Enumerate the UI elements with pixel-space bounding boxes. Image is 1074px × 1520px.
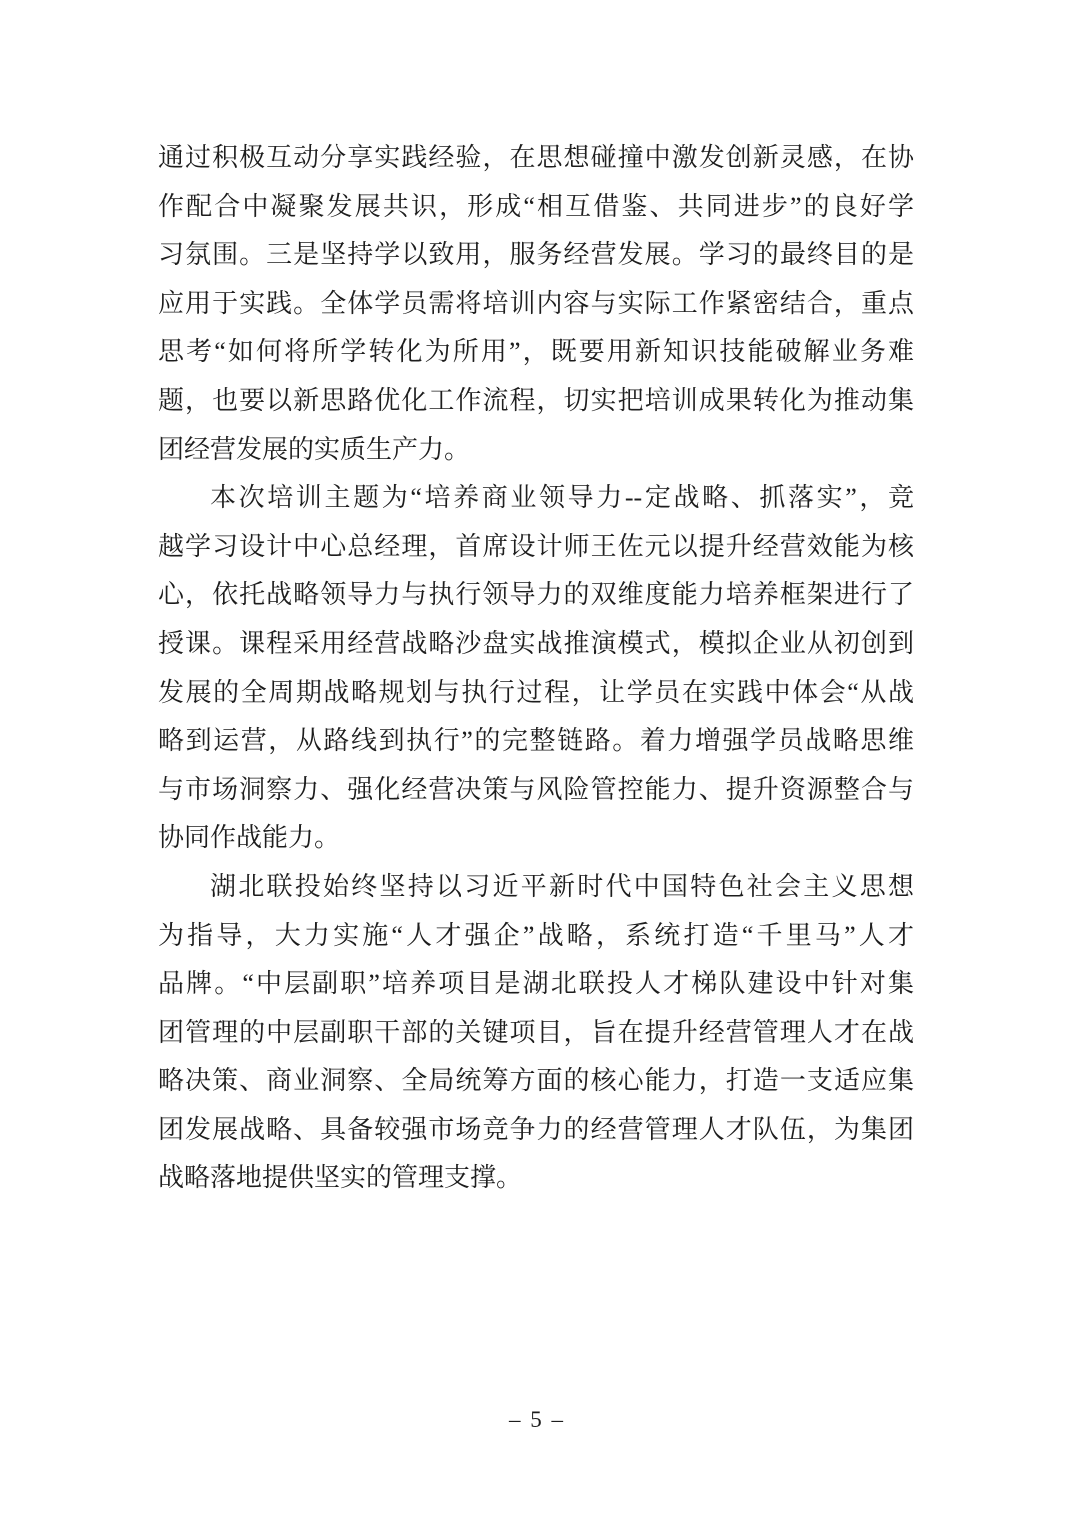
text-line: 团经营发展的实质生产力。: [158, 426, 914, 475]
text-line: 团管理的中层副职干部的关键项目，旨在提升经营管理人才在战: [158, 1009, 914, 1058]
text-line: 湖北联投始终坚持以习近平新时代中国特色社会主义思想: [158, 863, 914, 912]
text-line: 本次培训主题为“培养商业领导力--定战略、抓落实”，竞: [158, 474, 914, 523]
text-line: 发展的全周期战略规划与执行过程，让学员在实践中体会“从战: [158, 669, 914, 718]
text-line: 品牌。“中层副职”培养项目是湖北联投人才梯队建设中针对集: [158, 960, 914, 1009]
paragraph: 通过积极互动分享实践经验，在思想碰撞中激发创新灵感，在协作配合中凝聚发展共识，形…: [158, 134, 914, 474]
text-line: 协同作战能力。: [158, 814, 914, 863]
text-line: 授课。课程采用经营战略沙盘实战推演模式，模拟企业从初创到: [158, 620, 914, 669]
text-line: 题，也要以新思路优化工作流程，切实把培训成果转化为推动集: [158, 377, 914, 426]
text-line: 略到运营，从路线到执行”的完整链路。着力增强学员战略思维: [158, 717, 914, 766]
text-line: 通过积极互动分享实践经验，在思想碰撞中激发创新灵感，在协: [158, 134, 914, 183]
text-line: 应用于实践。全体学员需将培训内容与实际工作紧密结合，重点: [158, 280, 914, 329]
text-line: 作配合中凝聚发展共识，形成“相互借鉴、共同进步”的良好学: [158, 183, 914, 232]
text-line: 思考“如何将所学转化为所用”，既要用新知识技能破解业务难: [158, 328, 914, 377]
text-line: 越学习设计中心总经理，首席设计师王佐元以提升经营效能为核: [158, 523, 914, 572]
text-line: 为指导，大力实施“人才强企”战略，系统打造“千里马”人才: [158, 912, 914, 961]
text-line: 习氛围。三是坚持学以致用，服务经营发展。学习的最终目的是: [158, 231, 914, 280]
document-body: 通过积极互动分享实践经验，在思想碰撞中激发创新灵感，在协作配合中凝聚发展共识，形…: [158, 134, 914, 1203]
text-line: 战略落地提供坚实的管理支撑。: [158, 1154, 914, 1203]
text-line: 与市场洞察力、强化经营决策与风险管控能力、提升资源整合与: [158, 766, 914, 815]
paragraph: 湖北联投始终坚持以习近平新时代中国特色社会主义思想为指导，大力实施“人才强企”战…: [158, 863, 914, 1203]
text-line: 略决策、商业洞察、全局统筹方面的核心能力，打造一支适应集: [158, 1057, 914, 1106]
text-line: 心，依托战略领导力与执行领导力的双维度能力培养框架进行了: [158, 571, 914, 620]
page-number: – 5 –: [0, 1400, 1074, 1440]
paragraph: 本次培训主题为“培养商业领导力--定战略、抓落实”，竞越学习设计中心总经理，首席…: [158, 474, 914, 863]
text-line: 团发展战略、具备较强市场竞争力的经营管理人才队伍，为集团: [158, 1106, 914, 1155]
document-page: 通过积极互动分享实践经验，在思想碰撞中激发创新灵感，在协作配合中凝聚发展共识，形…: [0, 0, 1074, 1520]
